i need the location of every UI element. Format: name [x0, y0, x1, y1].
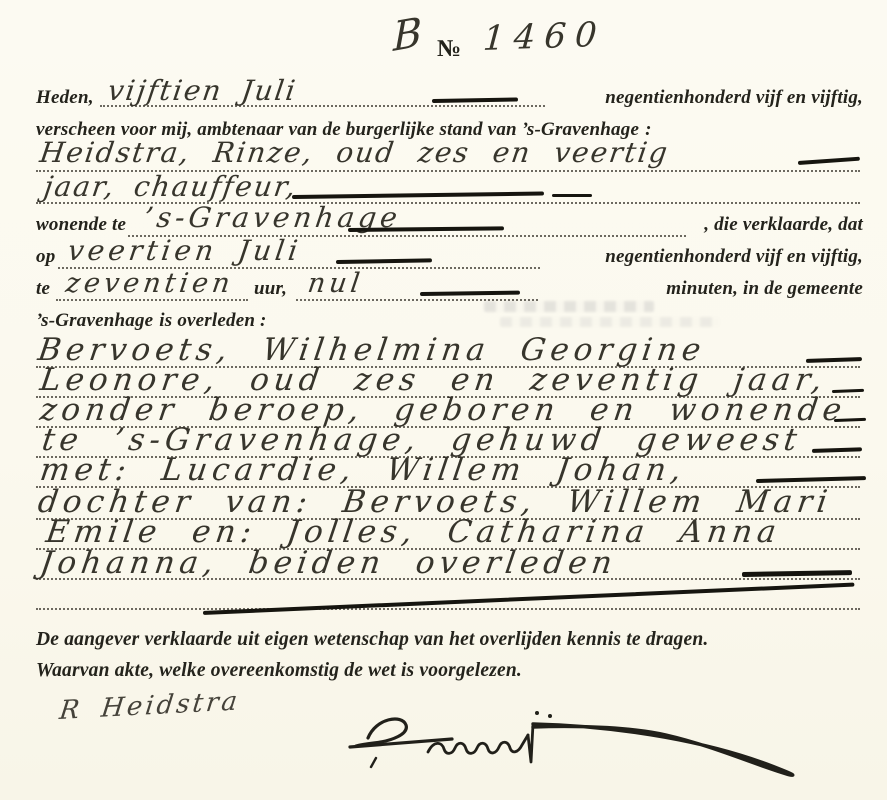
number-sign: №: [437, 36, 461, 63]
dotted-rule: [56, 299, 248, 301]
cancellation-stroke: [203, 583, 855, 615]
printed-die-verklaarde: , die verklaarde, dat: [704, 214, 863, 236]
dotted-rule: [36, 518, 860, 520]
declarant-line-1: Heidstra, Rinze, oud zes en veertig: [38, 139, 671, 167]
pen-dash: [552, 194, 592, 197]
printed-minuten-gemeente: minuten, in de gemeente: [666, 278, 863, 300]
death-certificate-scan: B № 1460 Heden, vijftien Juli negentienh…: [0, 0, 887, 800]
dotted-rule: [36, 396, 860, 398]
handwritten-minutes: nul: [306, 270, 365, 297]
pen-dash: [834, 418, 866, 422]
printed-uur: uur,: [254, 278, 287, 300]
dotted-rule: [36, 578, 860, 580]
printed-year: negentienhonderd vijf en vijftig,: [605, 87, 863, 109]
pen-dash: [420, 291, 520, 296]
handwritten-hour: zeventien: [64, 270, 235, 297]
pen-dash: [806, 357, 862, 363]
municipality-bold: ’s-Gravenhage: [36, 310, 153, 331]
dotted-rule: [36, 486, 860, 488]
dotted-rule: [36, 608, 860, 610]
pen-dash: [832, 389, 864, 393]
series-letter: B: [393, 12, 424, 58]
deceased-line-7: Emile en: Jolles, Catharina Anna: [44, 517, 783, 548]
declarant-signature: R Heidstra: [58, 688, 242, 724]
is-overleden-text: is overleden :: [159, 310, 266, 331]
printed-death-year: negentienhonderd vijf en vijftig,: [605, 246, 863, 268]
declarant-line-2: jaar, chauffeur,: [42, 173, 299, 201]
faint-stamp: [484, 301, 654, 312]
pen-dash: [812, 447, 862, 453]
deceased-line-5: met: Lucardie, Willem Johan,: [38, 455, 688, 486]
dotted-rule: [36, 426, 860, 428]
printed-wonende-te: wonende te: [36, 214, 126, 236]
printed-death-place-line: ’s-Gravenhageis overleden :: [36, 310, 267, 332]
printed-op: op: [36, 246, 55, 268]
pen-dash: [348, 226, 504, 232]
printed-heden: Heden,: [36, 87, 94, 109]
pen-dash: [756, 476, 866, 483]
dotted-rule: [36, 548, 860, 550]
pen-dash: [336, 258, 432, 264]
handwritten-declaration-date: vijftien Juli: [106, 77, 299, 105]
closing-line-2: Waarvan akte, welke overeenkomstig de we…: [36, 660, 522, 682]
dotted-rule: [36, 366, 860, 368]
pen-dash: [292, 191, 544, 199]
printed-te: te: [36, 278, 50, 300]
dotted-rule: [100, 105, 545, 107]
pen-dash: [742, 570, 852, 577]
deceased-line-8: Johanna, beiden overleden: [38, 548, 619, 579]
pen-dash: [798, 157, 860, 165]
closing-line-1: De aangever verklaarde uit eigen wetensc…: [36, 629, 708, 651]
faint-stamp: [500, 317, 720, 327]
dotted-rule: [36, 456, 860, 458]
pen-dash: [432, 97, 518, 103]
act-number: 1460: [482, 18, 607, 56]
handwritten-death-date: veertien Juli: [66, 237, 303, 265]
official-signature: [330, 692, 860, 797]
